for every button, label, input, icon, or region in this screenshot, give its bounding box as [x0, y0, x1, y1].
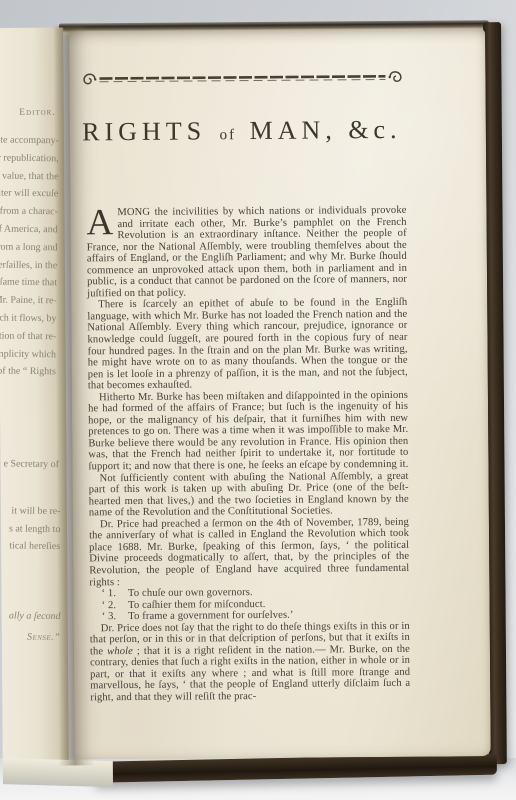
scroll-ornament-right-icon — [387, 69, 403, 85]
left-page-text-fragment: Sense.” — [9, 626, 61, 648]
left-page-text-fragment: erſailles, in the — [0, 256, 58, 275]
left-page-text-fragment: hich it flows, by — [0, 309, 57, 328]
body-paragraph: Hitherto Mr. Burke has been miſtaken and… — [88, 390, 409, 473]
text-segment: ; that it is a right reſident in the nat… — [90, 644, 410, 704]
book-photo: Editor. note accompany-for republication… — [0, 0, 516, 800]
left-page-text-fragment: d of the “ Rights — [0, 363, 56, 382]
header-ornament-rule — [81, 69, 403, 88]
text-segment: ‘ 2. — [102, 600, 117, 612]
open-book: Editor. note accompany-for republication… — [0, 20, 516, 784]
left-page-fragments-mid: e Secretary of — [4, 455, 60, 474]
title-word-rights: RIGHTS — [82, 116, 206, 146]
text-segment: ‘ 1. — [101, 588, 116, 600]
left-page-fragments-bottom: ally a ſecondSense.” — [9, 605, 61, 648]
left-page-text-fragment: note accompany- — [0, 131, 59, 150]
text-segment: Dr. Price had preached a ſermon on the 4… — [89, 517, 409, 588]
text-segment: To chuſe our own governors. — [128, 587, 253, 599]
left-page-text-fragment: e ſame time that — [0, 274, 58, 293]
body-paragraph: Dr. Price had preached a ſermon on the 4… — [89, 517, 410, 589]
opening-paragraph: AMONG the incivilities by which nations … — [86, 205, 407, 300]
title-word-man: MAN, &c. — [249, 115, 401, 145]
drop-cap-letter: A — [86, 208, 113, 237]
page-body-text: AMONG the incivilities by which nations … — [86, 205, 410, 704]
left-page-text-fragment: for republication, — [0, 149, 59, 168]
left-page-text-fragment: of America, and — [0, 220, 58, 239]
left-page-text-fragment: s at length to — [8, 520, 60, 538]
left-page-text-fragment: ſimplicity which — [0, 345, 57, 364]
text-segment: Not ſufficiently content with abuſing th… — [89, 470, 409, 518]
body-paragraph: Not ſufficiently content with abuſing th… — [89, 470, 409, 519]
left-page-header: Editor. — [19, 108, 56, 118]
left-page-text-fragment: from a long and — [0, 238, 58, 257]
left-page-text-fragment: ds from a charac- — [0, 203, 59, 222]
text-segment: MONG the incivilities by which nations o… — [87, 205, 407, 299]
ornament-rule-line — [99, 73, 385, 82]
title-word-of: of — [220, 127, 237, 143]
text-segment: To frame a government for ourſelves.’ — [128, 610, 293, 622]
text-segment: Hitherto Mr. Burke has been miſtaken and… — [88, 390, 408, 473]
left-page-text-fragment: e Secretary of — [4, 455, 60, 474]
left-page-fragments-top: note accompany-for republication,its val… — [0, 131, 59, 381]
body-paragraph: Dr. Price does not ſay that the right to… — [90, 621, 411, 704]
left-page-text-fragment: it will be re- — [9, 502, 61, 520]
text-segment: ‘ 3. — [102, 611, 117, 623]
body-paragraph: There is ſcarcely an epithet of abuſe to… — [87, 297, 408, 392]
left-page-text-fragment: tical hereſies — [8, 537, 60, 555]
left-page-text-fragment: Mr. Paine, it re- — [0, 292, 57, 311]
left-page-text-fragment: ution of that re- — [0, 327, 57, 346]
text-segment: There is ſcarcely an epithet of abuſe to… — [87, 297, 408, 391]
page-title: RIGHTS of MAN, &c. — [70, 115, 414, 148]
left-page-fragments-lower: it will be re-s at length totical hereſi… — [8, 502, 60, 555]
text-segment: To caſhier them for miſconduct. — [128, 599, 265, 611]
left-page-text-fragment: its value, that the — [0, 167, 59, 186]
text-segment: whole — [107, 646, 133, 657]
right-page: RIGHTS of MAN, &c. AMONG the incivilitie… — [69, 28, 491, 759]
left-page-text-fragment: writer will excuſe — [0, 185, 59, 204]
scroll-ornament-left-icon — [81, 71, 97, 87]
left-page-text-fragment: ally a ſecond — [9, 605, 61, 627]
